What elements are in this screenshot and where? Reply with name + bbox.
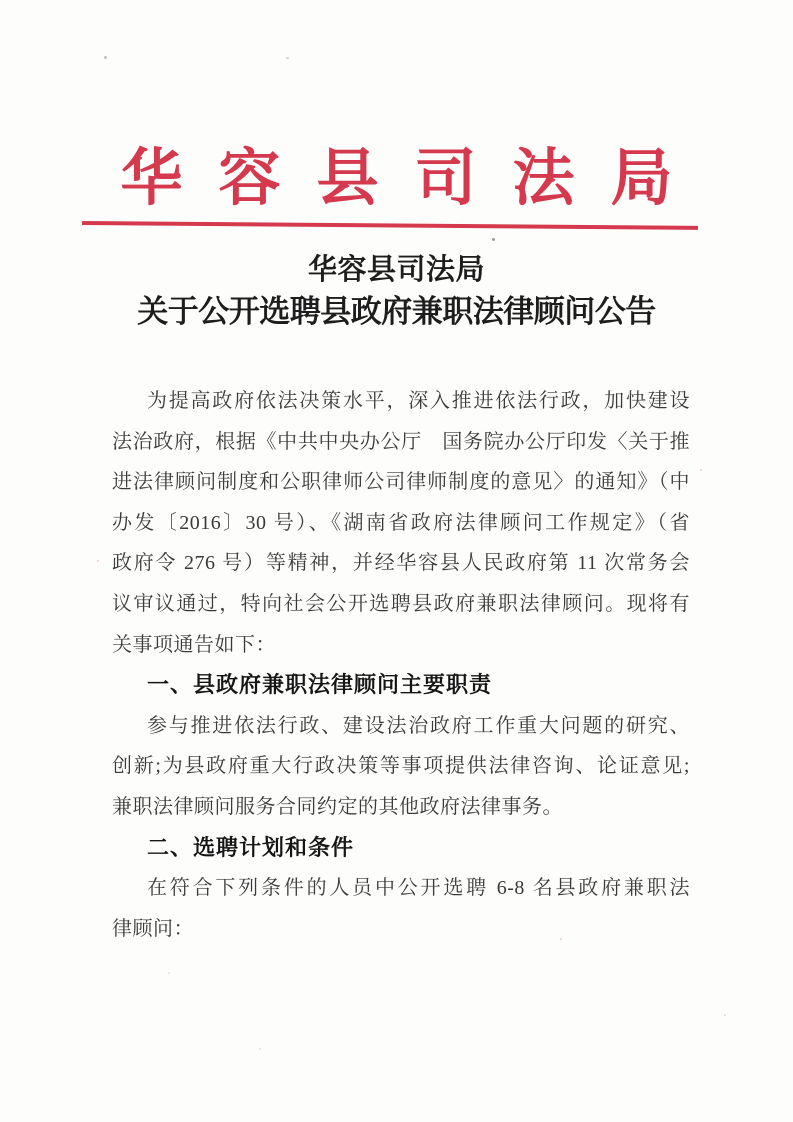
scan-speck [492,238,495,241]
body-line: 为提高政府依法决策水平，深入推进依法行政，加快建设 [112,381,690,422]
body-line: 兼职法律顾问服务合同约定的其他政府法律事务。 [112,787,690,828]
body-line: 律顾问： [112,909,690,950]
body-line: 参与推进依法行政、建设法治政府工作重大问题的研究、 [112,706,690,747]
section-heading-1: 一、县政府兼职法律顾问主要职责 [112,665,690,706]
scan-speck [560,938,562,940]
document-title: 华容县司法局 关于公开选聘县政府兼职法律顾问公告 [0,249,793,333]
body-line: 关事项通告如下： [112,625,690,666]
letterhead-divider-rule [82,221,698,230]
letterhead-agency-title: 华容县司法局 [0,147,793,211]
scan-speck [700,469,702,471]
body-line: 创新;为县政府重大行政决策等事项提供法律咨询、论证意见; [112,746,690,787]
section-heading-2: 二、选聘计划和条件 [112,828,690,869]
scan-speck [646,759,648,761]
scan-speck [104,56,107,59]
document-title-subject: 关于公开选聘县政府兼职法律顾问公告 [0,291,793,333]
document-body: 为提高政府依法决策水平，深入推进依法行政，加快建设 法治政府，根据《中共中央办公… [112,381,690,949]
scan-speck [286,57,289,59]
body-line: 进法律顾问制度和公职律师公司律师制度的意见〉的通知》（中 [112,462,690,503]
body-line: 法治政府，根据《中共中央办公厅 国务院办公厅印发〈关于推 [112,422,690,463]
scan-speck [168,972,170,974]
body-line: 议审议通过，特向社会公开选聘县政府兼职法律顾问。现将有 [112,584,690,625]
body-line: 政府令 276 号）等精神，并经华容县人民政府第 11 次常务会 [112,543,690,584]
scan-speck [724,1014,726,1016]
body-line: 在符合下列条件的人员中公开选聘 6-8 名县政府兼职法 [112,868,690,909]
scanned-document-page: 华容县司法局 华容县司法局 关于公开选聘县政府兼职法律顾问公告 为提高政府依法决… [0,0,793,1122]
scan-speck [97,560,99,562]
body-line: 办发〔2016〕30 号）、《湖南省政府法律顾问工作规定》（省 [112,503,690,544]
document-title-issuer: 华容县司法局 [0,249,793,291]
scan-speck [259,1048,261,1050]
